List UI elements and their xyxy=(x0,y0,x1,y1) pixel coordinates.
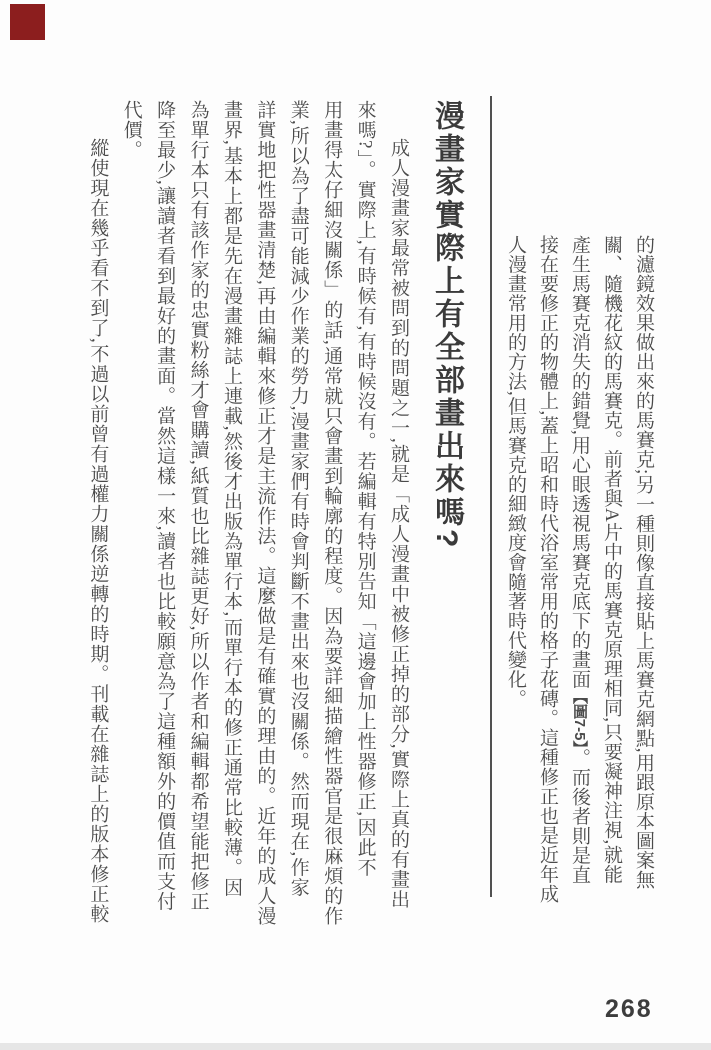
continued-passage: 的濾鏡效果做出來的馬賽克;另一種則像直接貼上馬賽克網點,用跟原本圖案無 關、隨機… xyxy=(497,235,659,915)
text-column: 代價。 xyxy=(114,100,147,910)
text-segment: 。而後者則是直 xyxy=(569,748,590,885)
book-page: 的濾鏡效果做出來的馬賽克;另一種則像直接貼上馬賽克網點,用跟原本圖案無 關、隨機… xyxy=(0,0,711,1050)
text-column: 關、隨機花紋的馬賽克。前者與A片中的馬賽克原理相同,只要凝神注視,就能 xyxy=(595,235,627,915)
text-column: 接在要修正的物體上,蓋上昭和時代浴室常用的格子花磚。這種修正也是近年成 xyxy=(531,235,563,915)
text-column: 業,所以為了盡可能減少作業的勞力,漫畫家們有時會判斷不畫出來也沒關係。然而現在,… xyxy=(281,100,314,910)
text-column: 用畫得太仔細沒關係」的話,通常就只會畫到輪廓的程度。因為要詳細描繪性器官是很麻煩… xyxy=(315,100,348,910)
section-heading: 漫畫家實際上有全部畫出來嗎? xyxy=(430,100,468,620)
text-column: 來嗎?」。實際上,有時候有,有時候沒有。若編輯有特別告知「這邊會加上性器修正,因… xyxy=(348,100,381,910)
scan-artifact-red-mark xyxy=(10,4,45,40)
text-column: 產生馬賽克消失的錯覺,用心眼透視馬賽克底下的畫面【圖7-5】。而後者則是直 xyxy=(563,235,595,915)
scan-edge-shadow xyxy=(0,1043,711,1050)
text-column: 為單行本只有該作家的忠實粉絲才會購讀,紙質也比雜誌更好,所以作者和編輯都希望能把… xyxy=(181,100,214,910)
text-column: 降至最少,讓讀者看到最好的畫面。當然這樣一來,讀者也比較願意為了這種額外的價值而… xyxy=(148,100,181,910)
text-column: 縱使現在幾乎看不到了,不過以前曾有過權力關係逆轉的時期。刊載在雜誌上的版本修正較 xyxy=(81,100,114,910)
section-divider-line xyxy=(490,96,492,897)
page-number: 268 xyxy=(605,995,653,1024)
body-text: 成人漫畫家最常被問到的問題之一,就是「成人漫畫中被修正掉的部分,實際上真的有畫出… xyxy=(79,100,415,910)
text-column: 人漫畫常用的方法,但馬賽克的細緻度會隨著時代變化。 xyxy=(499,235,531,915)
text-column: 詳實地把性器畫清楚,再由編輯來修正才是主流作法。這麼做是有確實的理由的。近年的成… xyxy=(248,100,281,910)
text-column: 的濾鏡效果做出來的馬賽克;另一種則像直接貼上馬賽克網點,用跟原本圖案無 xyxy=(627,235,659,915)
text-column: 成人漫畫家最常被問到的問題之一,就是「成人漫畫中被修正掉的部分,實際上真的有畫出 xyxy=(382,100,415,910)
text-column: 畫界,基本上都是先在漫畫雜誌上連載,然後才出版為單行本,而單行本的修正通常比較薄… xyxy=(215,100,248,910)
figure-reference: 【圖7-5】 xyxy=(571,689,588,748)
text-segment: 產生馬賽克消失的錯覺,用心眼透視馬賽克底下的畫面 xyxy=(569,235,590,689)
